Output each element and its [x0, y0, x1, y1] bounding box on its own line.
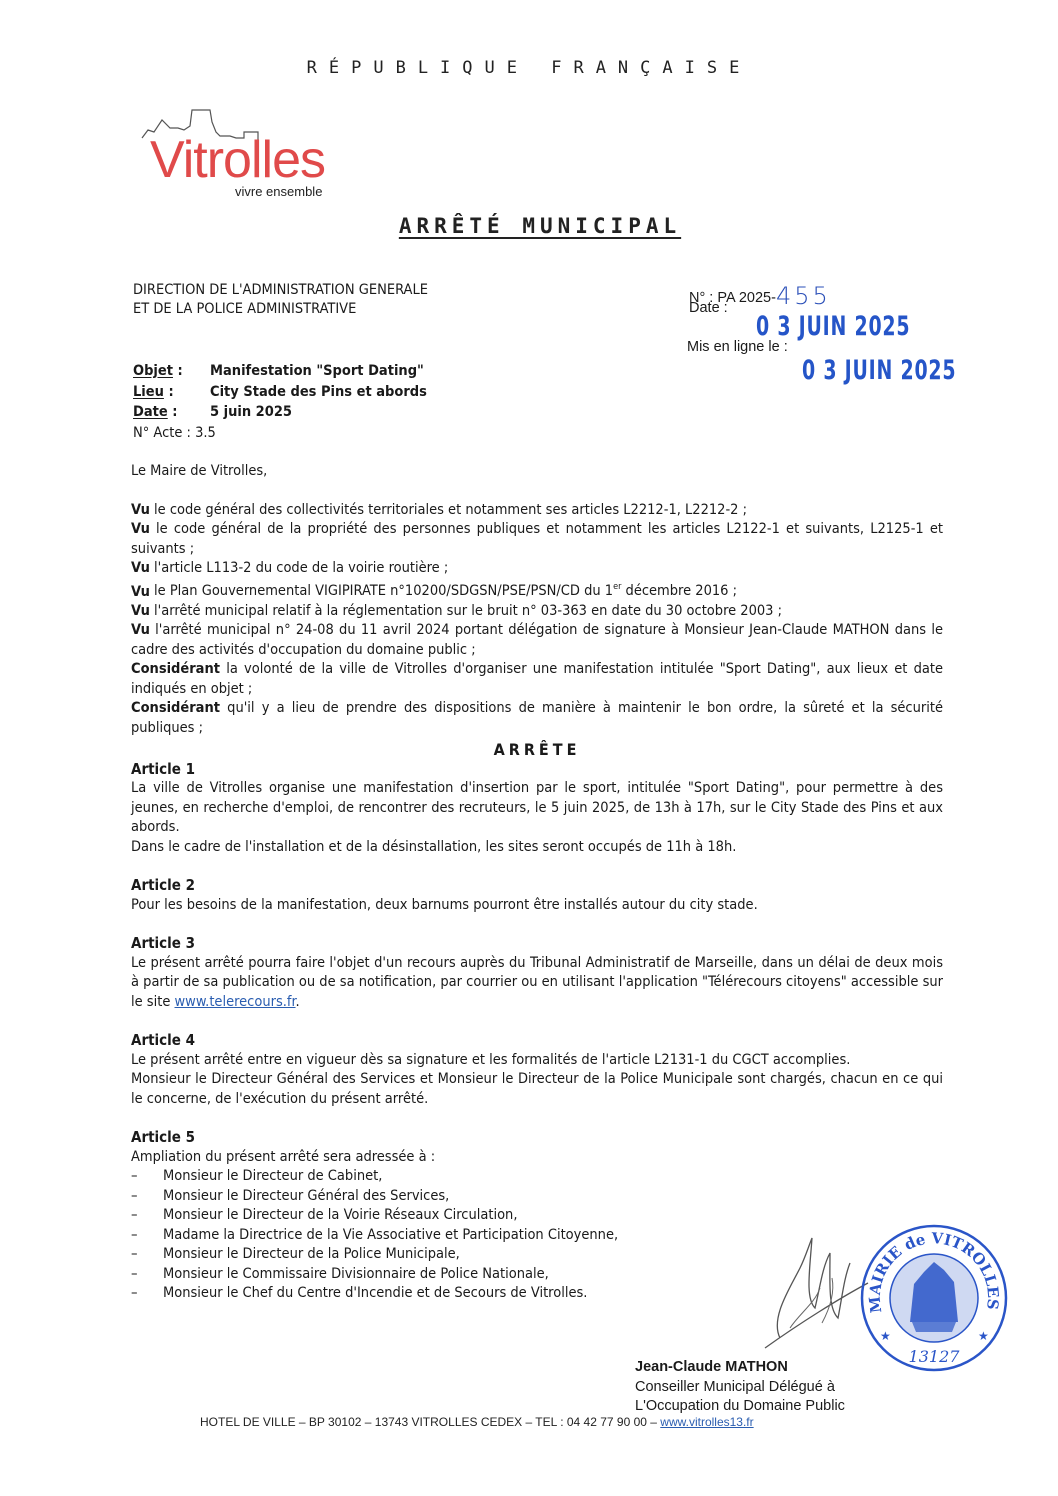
article-paragraph-text: Ampliation du présent arrêté sera adress… — [131, 1149, 435, 1165]
article-section: Article 3Le présent arrêté pourra faire … — [131, 934, 943, 1012]
consideration-text: l'arrêté municipal n° 24-08 du 11 avril … — [131, 622, 943, 658]
article-paragraph: Ampliation du présent arrêté sera adress… — [131, 1148, 943, 1168]
department-block: DIRECTION DE L'ADMINISTRATION GENERALE E… — [133, 281, 428, 319]
opening-line: Le Maire de Vitrolles, — [131, 462, 943, 482]
consideration-keyword: Vu — [131, 502, 150, 518]
online-label: Mis en ligne le : — [687, 339, 788, 355]
article-paragraph: Le présent arrêté pourra faire l'objet d… — [131, 954, 943, 1013]
article-title: Article 5 — [131, 1128, 943, 1148]
signatory-block: Jean-Claude MATHON Conseiller Municipal … — [635, 1358, 845, 1417]
article-paragraph: Monsieur le Directeur Général des Servic… — [131, 1070, 943, 1109]
consideration-item: Vu le code général de la propriété des p… — [131, 520, 943, 559]
location-label: Lieu : — [133, 382, 210, 403]
telerecours-link[interactable]: www.telerecours.fr — [175, 994, 296, 1010]
municipal-seal-icon: MAIRIE de VITROLLES 13127 ★ ★ — [858, 1222, 1010, 1374]
article-title: Article 3 — [131, 934, 943, 954]
consideration-keyword: Considérant — [131, 700, 220, 716]
considerations-list: Vu le code général des collectivités ter… — [131, 501, 943, 739]
articles-list: Article 1La ville de Vitrolles organise … — [131, 760, 943, 1304]
seal-code: 13127 — [909, 1347, 961, 1366]
article-paragraph: Le présent arrêté entre en vigueur dès s… — [131, 1051, 943, 1071]
decision-heading: ARRÊTE — [131, 740, 943, 760]
consideration-item: Vu l'arrêté municipal n° 24-08 du 11 avr… — [131, 621, 943, 660]
consideration-text: le Plan Gouvernemental VIGIPIRATE n°1020… — [150, 583, 737, 599]
dash-bullet-icon: – — [131, 1167, 163, 1187]
subject-label-text: Objet — [133, 363, 173, 379]
date-row: Date : 5 juin 2025 — [133, 402, 427, 423]
article-section: Article 4Le présent arrêté entre en vigu… — [131, 1031, 943, 1109]
article-paragraph: Dans le cadre de l'installation et de la… — [131, 838, 943, 858]
footer-contact: HOTEL DE VILLE – BP 30102 – 13743 VITROL… — [200, 1415, 754, 1429]
recipient-text: Monsieur le Chef du Centre d'Incendie et… — [163, 1284, 587, 1304]
consideration-item: Considérant qu'il y a lieu de prendre de… — [131, 699, 943, 738]
date-stamp: 0 3 JUIN 2025 — [756, 311, 910, 342]
department-line-2: ET DE LA POLICE ADMINISTRATIVE — [133, 300, 428, 319]
date-row-value: 5 juin 2025 — [210, 402, 292, 423]
document-title: ARRÊTÉ MUNICIPAL — [0, 214, 1058, 238]
online-stamp: 0 3 JUIN 2025 — [802, 355, 956, 386]
article-paragraph-text: Pour les besoins de la manifestation, de… — [131, 897, 758, 913]
date-row-label: Date : — [133, 402, 210, 423]
article-title: Article 2 — [131, 876, 943, 896]
consideration-text: qu'il y a lieu de prendre des dispositio… — [131, 700, 943, 736]
consideration-item: Vu l'article L113-2 du code de la voirie… — [131, 559, 943, 579]
subject-label: Objet : — [133, 361, 210, 382]
consideration-keyword: Vu — [131, 560, 150, 576]
consideration-item: Vu l'arrêté municipal relatif à la régle… — [131, 602, 943, 622]
footer-address: HOTEL DE VILLE – BP 30102 – 13743 VITROL… — [200, 1415, 660, 1429]
logo-wordmark: Vitrolles — [150, 134, 325, 186]
article-paragraph: La ville de Vitrolles organise une manif… — [131, 779, 943, 838]
dash-bullet-icon: – — [131, 1245, 163, 1265]
date-label: Date : — [689, 300, 728, 316]
subject-block: Objet : Manifestation "Sport Dating" Lie… — [133, 361, 427, 443]
recipient-text: Monsieur le Directeur de la Voirie Résea… — [163, 1206, 517, 1226]
article-paragraph-text: La ville de Vitrolles organise une manif… — [131, 780, 943, 835]
document-body: Le Maire de Vitrolles, Vu le code généra… — [131, 462, 943, 1304]
recipient-text: Monsieur le Directeur de Cabinet, — [163, 1167, 382, 1187]
subject-row: Objet : Manifestation "Sport Dating" — [133, 361, 427, 382]
date-row-label-text: Date — [133, 404, 168, 420]
recipient-text: Monsieur le Commissaire Divisionnaire de… — [163, 1265, 549, 1285]
svg-text:★: ★ — [978, 1329, 989, 1343]
consideration-keyword: Vu — [131, 521, 150, 537]
vitrolles-logo: Vitrolles vivre ensemble — [140, 108, 390, 200]
consideration-item: Vu le code général des collectivités ter… — [131, 501, 943, 521]
signatory-role-2: L'Occupation du Domaine Public — [635, 1397, 845, 1417]
article-paragraph-text: Monsieur le Directeur Général des Servic… — [131, 1071, 943, 1107]
signatory-name: Jean-Claude MATHON — [635, 1358, 845, 1378]
dash-bullet-icon: – — [131, 1206, 163, 1226]
consideration-item: Vu le Plan Gouvernemental VIGIPIRATE n°1… — [131, 579, 943, 602]
link-suffix: . — [296, 994, 300, 1010]
consideration-keyword: Vu — [131, 622, 150, 638]
consideration-text: le code général de la propriété des pers… — [131, 521, 943, 557]
consideration-keyword: Vu — [131, 603, 150, 619]
department-line-1: DIRECTION DE L'ADMINISTRATION GENERALE — [133, 281, 428, 300]
article-paragraph-text: Le présent arrêté entre en vigueur dès s… — [131, 1052, 850, 1068]
article-title: Article 1 — [131, 760, 943, 780]
dash-bullet-icon: – — [131, 1187, 163, 1207]
consideration-item: Considérant la volonté de la ville de Vi… — [131, 660, 943, 699]
subject-value: Manifestation "Sport Dating" — [210, 361, 424, 382]
signature-icon — [760, 1228, 870, 1353]
article-paragraph: Pour les besoins de la manifestation, de… — [131, 896, 943, 916]
recipient-item: –Monsieur le Directeur Général des Servi… — [131, 1187, 943, 1207]
consideration-text: la volonté de la ville de Vitrolles d'or… — [131, 661, 943, 697]
consideration-text: l'arrêté municipal relatif à la réglemen… — [150, 603, 782, 619]
dash-bullet-icon: – — [131, 1265, 163, 1285]
article-section: Article 1La ville de Vitrolles organise … — [131, 760, 943, 858]
location-label-text: Lieu — [133, 384, 164, 400]
recipient-text: Monsieur le Directeur Général des Servic… — [163, 1187, 449, 1207]
location-row: Lieu : City Stade des Pins et abords — [133, 382, 427, 403]
location-value: City Stade des Pins et abords — [210, 382, 427, 403]
consideration-text: l'article L113-2 du code de la voirie ro… — [150, 560, 448, 576]
document-title-text: ARRÊTÉ MUNICIPAL — [399, 214, 681, 238]
logo-tagline: vivre ensemble — [235, 184, 322, 199]
recipient-text: Madame la Directrice de la Vie Associati… — [163, 1226, 618, 1246]
signatory-role-1: Conseiller Municipal Délégué à — [635, 1378, 845, 1398]
acte-number: N° Acte : 3.5 — [133, 423, 427, 444]
article-title: Article 4 — [131, 1031, 943, 1051]
consideration-keyword: Vu — [131, 583, 150, 599]
consideration-keyword: Considérant — [131, 661, 220, 677]
article-paragraph-text: Dans le cadre de l'installation et de la… — [131, 839, 736, 855]
dash-bullet-icon: – — [131, 1284, 163, 1304]
recipient-item: –Monsieur le Directeur de la Voirie Rése… — [131, 1206, 943, 1226]
reference-number-handwritten: 455 — [776, 282, 831, 310]
recipient-text: Monsieur le Directeur de la Police Munic… — [163, 1245, 460, 1265]
consideration-text: le code général des collectivités territ… — [150, 502, 747, 518]
recipient-item: –Monsieur le Directeur de Cabinet, — [131, 1167, 943, 1187]
svg-text:★: ★ — [880, 1329, 891, 1343]
footer-website-link[interactable]: www.vitrolles13.fr — [660, 1415, 753, 1429]
republique-francaise-header: RÉPUBLIQUE FRANÇAISE — [0, 58, 1058, 78]
dash-bullet-icon: – — [131, 1226, 163, 1246]
article-section: Article 2Pour les besoins de la manifest… — [131, 876, 943, 915]
